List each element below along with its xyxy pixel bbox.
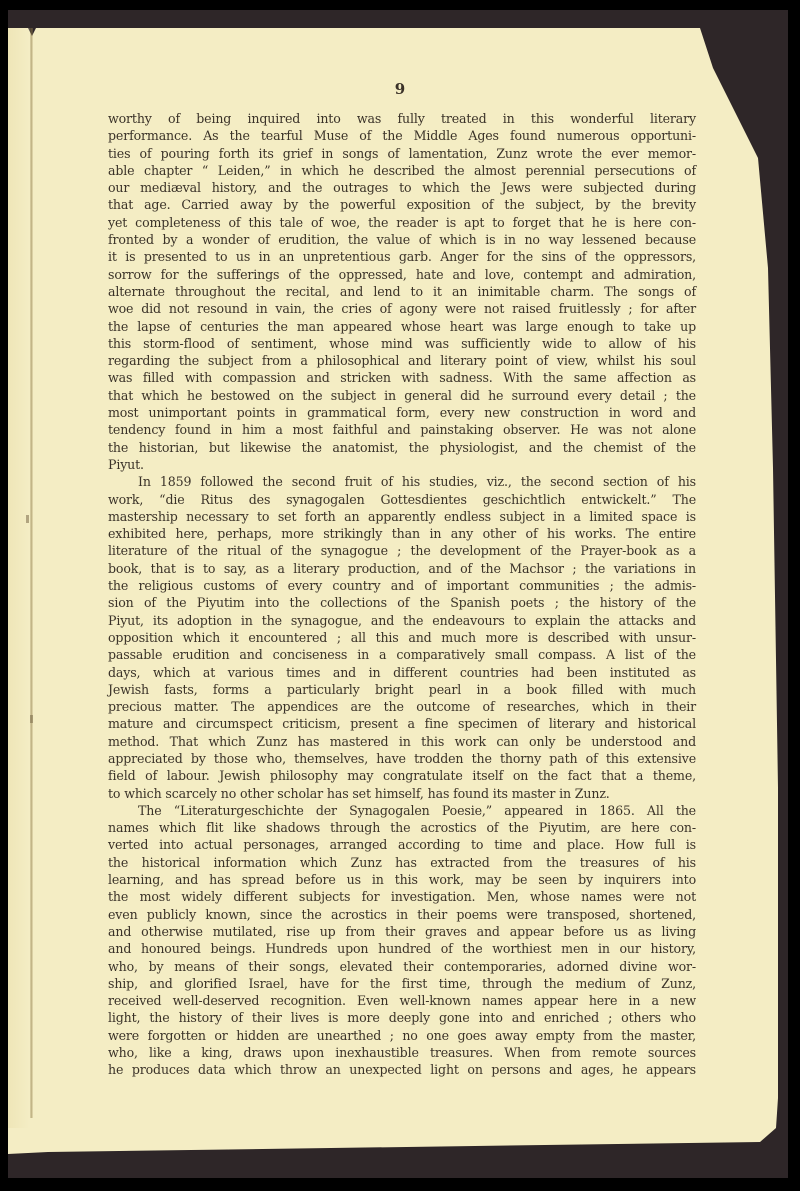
text-line-content: he produces data which throw an unexpect… bbox=[108, 1061, 696, 1078]
text-line-content: days, which at various times and in diff… bbox=[108, 664, 696, 681]
text-line: it is presented to us in an unpretentiou… bbox=[108, 248, 696, 265]
text-line-content: that which he bestowed on the subject in… bbox=[108, 387, 696, 404]
text-line-content: who, by means of their songs, elevated t… bbox=[108, 958, 696, 975]
text-line-content: that age. Carried away by the powerful e… bbox=[108, 196, 696, 213]
text-line-content: mature and circumspect criticism, presen… bbox=[108, 715, 696, 732]
text-line: the lapse of centuries the man appeared … bbox=[108, 318, 696, 335]
text-line-content: sion of the Piyutim into the collections… bbox=[108, 594, 696, 611]
text-line: appreciated by those who, themselves, ha… bbox=[108, 750, 696, 767]
text-line: to which scarcely no other scholar has s… bbox=[108, 785, 696, 802]
text-line-content: exhibited here, perhaps, more strikingly… bbox=[108, 525, 696, 542]
text-line: the religious customs of every country a… bbox=[108, 577, 696, 594]
text-line: method. That which Zunz has mastered in … bbox=[108, 733, 696, 750]
text-line-content: Piyut, its adoption in the synagogue, an… bbox=[108, 612, 696, 629]
text-line-content: this storm-flood of sentiment, whose min… bbox=[108, 335, 696, 352]
text-line-content: Jewish fasts, forms a particularly brigh… bbox=[108, 681, 696, 698]
text-line-content: tendency found in him a most faithful an… bbox=[108, 421, 696, 438]
text-line: and otherwise mutilated, rise up from th… bbox=[108, 923, 696, 940]
text-line-content: received well-deserved recognition. Even… bbox=[108, 992, 696, 1009]
text-line-content: light, the history of their lives is mor… bbox=[108, 1009, 696, 1026]
text-line: sion of the Piyutim into the collections… bbox=[108, 594, 696, 611]
text-line: fronted by a wonder of erudition, the va… bbox=[108, 231, 696, 248]
text-line: who, like a king, draws upon inexhaustib… bbox=[108, 1044, 696, 1061]
text-line-content: the lapse of centuries the man appeared … bbox=[108, 318, 696, 335]
text-line: the historian, but likewise the anatomis… bbox=[108, 439, 696, 456]
text-line: worthy of being inquired into was fully … bbox=[108, 110, 696, 127]
body-text: worthy of being inquired into was fully … bbox=[108, 110, 696, 1079]
text-line: this storm-flood of sentiment, whose min… bbox=[108, 335, 696, 352]
text-line: received well-deserved recognition. Even… bbox=[108, 992, 696, 1009]
text-line-content: ties of pouring forth its grief in songs… bbox=[108, 145, 696, 162]
text-line: most unimportant points in grammatical f… bbox=[108, 404, 696, 421]
text-line: Piyut, its adoption in the synagogue, an… bbox=[108, 612, 696, 629]
text-line-content: was filled with compassion and stricken … bbox=[108, 369, 696, 386]
paragraph-first-line: In 1859 followed the second fruit of his… bbox=[108, 473, 696, 490]
text-line-content: the religious customs of every country a… bbox=[108, 577, 696, 594]
text-line: ties of pouring forth its grief in songs… bbox=[108, 145, 696, 162]
text-line: sorrow for the sufferings of the oppress… bbox=[108, 266, 696, 283]
text-line: our mediæval history, and the outrages t… bbox=[108, 179, 696, 196]
text-line: even publicly known, since the acrostics… bbox=[108, 906, 696, 923]
text-line: the most widely different subjects for i… bbox=[108, 888, 696, 905]
margin-mark bbox=[30, 715, 33, 723]
text-line: verted into actual personages, arranged … bbox=[108, 836, 696, 853]
text-line-content: verted into actual personages, arranged … bbox=[108, 836, 696, 853]
text-line: literature of the ritual of the synagogu… bbox=[108, 542, 696, 559]
text-line: performance. As the tearful Muse of the … bbox=[108, 127, 696, 144]
text-line: precious matter. The appendices are the … bbox=[108, 698, 696, 715]
text-line: and honoured beings. Hundreds upon hundr… bbox=[108, 940, 696, 957]
text-line: mature and circumspect criticism, presen… bbox=[108, 715, 696, 732]
text-line-content: In 1859 followed the second fruit of his… bbox=[108, 473, 696, 490]
text-line-content: most unimportant points in grammatical f… bbox=[108, 404, 696, 421]
text-line-content: and otherwise mutilated, rise up from th… bbox=[108, 923, 696, 940]
text-line-content: passable erudition and conciseness in a … bbox=[108, 646, 696, 663]
text-line-content: learning, and has spread before us in th… bbox=[108, 871, 696, 888]
text-line-content: able chapter “ Leiden,” in which he desc… bbox=[108, 162, 696, 179]
text-line: ship, and glorified Israel, have for the… bbox=[108, 975, 696, 992]
text-line: Piyut. bbox=[108, 456, 696, 473]
text-line-content: yet completeness of this tale of woe, th… bbox=[108, 214, 696, 231]
text-line: yet completeness of this tale of woe, th… bbox=[108, 214, 696, 231]
paragraph-first-line: The “Literaturgeschichte der Synagogalen… bbox=[108, 802, 696, 819]
text-line: who, by means of their songs, elevated t… bbox=[108, 958, 696, 975]
text-line-content: precious matter. The appendices are the … bbox=[108, 698, 696, 715]
text-line: tendency found in him a most faithful an… bbox=[108, 421, 696, 438]
text-line: woe did not resound in vain, the cries o… bbox=[108, 300, 696, 317]
text-line-content: worthy of being inquired into was fully … bbox=[108, 110, 696, 127]
text-line: the historical information which Zunz ha… bbox=[108, 854, 696, 871]
text-line-content: were forgotten or hidden are unearthed ;… bbox=[108, 1027, 696, 1044]
text-line: book, that is to say, as a literary prod… bbox=[108, 560, 696, 577]
text-line: was filled with compassion and stricken … bbox=[108, 369, 696, 386]
text-line-content: field of labour. Jewish philosophy may c… bbox=[108, 767, 696, 784]
text-line-content: method. That which Zunz has mastered in … bbox=[108, 733, 696, 750]
text-line: passable erudition and conciseness in a … bbox=[108, 646, 696, 663]
text-line: that which he bestowed on the subject in… bbox=[108, 387, 696, 404]
text-line: Jewish fasts, forms a particularly brigh… bbox=[108, 681, 696, 698]
text-line: mastership necessary to set forth an app… bbox=[108, 508, 696, 525]
page-fold-line bbox=[30, 28, 33, 1118]
text-line-content: who, like a king, draws upon inexhaustib… bbox=[108, 1044, 696, 1061]
text-line-content: mastership necessary to set forth an app… bbox=[108, 508, 696, 525]
text-line-content: ship, and glorified Israel, have for the… bbox=[108, 975, 696, 992]
text-line: able chapter “ Leiden,” in which he desc… bbox=[108, 162, 696, 179]
text-line-content: it is presented to us in an unpretentiou… bbox=[108, 248, 696, 265]
text-line: light, the history of their lives is mor… bbox=[108, 1009, 696, 1026]
text-line-content: to which scarcely no other scholar has s… bbox=[108, 785, 696, 802]
text-line: alternate throughout the recital, and le… bbox=[108, 283, 696, 300]
text-line: he produces data which throw an unexpect… bbox=[108, 1061, 696, 1078]
text-line: names which flit like shadows through th… bbox=[108, 819, 696, 836]
text-line: work, “die Ritus des synagogalen Gottesd… bbox=[108, 491, 696, 508]
text-line: that age. Carried away by the powerful e… bbox=[108, 196, 696, 213]
text-line: opposition which it encountered ; all th… bbox=[108, 629, 696, 646]
text-line-content: regarding the subject from a philosophic… bbox=[108, 352, 696, 369]
text-line-content: performance. As the tearful Muse of the … bbox=[108, 127, 696, 144]
page-fold-shadow bbox=[8, 28, 30, 1128]
text-line: exhibited here, perhaps, more strikingly… bbox=[108, 525, 696, 542]
text-line-content: the historian, but likewise the anatomis… bbox=[108, 439, 696, 456]
text-line-content: fronted by a wonder of erudition, the va… bbox=[108, 231, 696, 248]
text-line: days, which at various times and in diff… bbox=[108, 664, 696, 681]
text-line-content: alternate throughout the recital, and le… bbox=[108, 283, 696, 300]
text-line-content: even publicly known, since the acrostics… bbox=[108, 906, 696, 923]
text-line-content: woe did not resound in vain, the cries o… bbox=[108, 300, 696, 317]
text-line-content: names which flit like shadows through th… bbox=[108, 819, 696, 836]
text-line-content: sorrow for the sufferings of the oppress… bbox=[108, 266, 696, 283]
text-line-content: appreciated by those who, themselves, ha… bbox=[108, 750, 696, 767]
text-line-content: literature of the ritual of the synagogu… bbox=[108, 542, 696, 559]
text-line: learning, and has spread before us in th… bbox=[108, 871, 696, 888]
page-number: 9 bbox=[390, 80, 410, 98]
text-line-content: and honoured beings. Hundreds upon hundr… bbox=[108, 940, 696, 957]
text-line-content: the most widely different subjects for i… bbox=[108, 888, 696, 905]
text-line-content: our mediæval history, and the outrages t… bbox=[108, 179, 696, 196]
text-line: regarding the subject from a philosophic… bbox=[108, 352, 696, 369]
text-line-content: book, that is to say, as a literary prod… bbox=[108, 560, 696, 577]
text-line-content: work, “die Ritus des synagogalen Gottesd… bbox=[108, 491, 696, 508]
text-line: field of labour. Jewish philosophy may c… bbox=[108, 767, 696, 784]
text-line: were forgotten or hidden are unearthed ;… bbox=[108, 1027, 696, 1044]
text-line-content: Piyut. bbox=[108, 456, 696, 473]
text-line-content: opposition which it encountered ; all th… bbox=[108, 629, 696, 646]
text-line-content: the historical information which Zunz ha… bbox=[108, 854, 696, 871]
margin-mark bbox=[26, 515, 29, 523]
text-line-content: The “Literaturgeschichte der Synagogalen… bbox=[108, 802, 696, 819]
